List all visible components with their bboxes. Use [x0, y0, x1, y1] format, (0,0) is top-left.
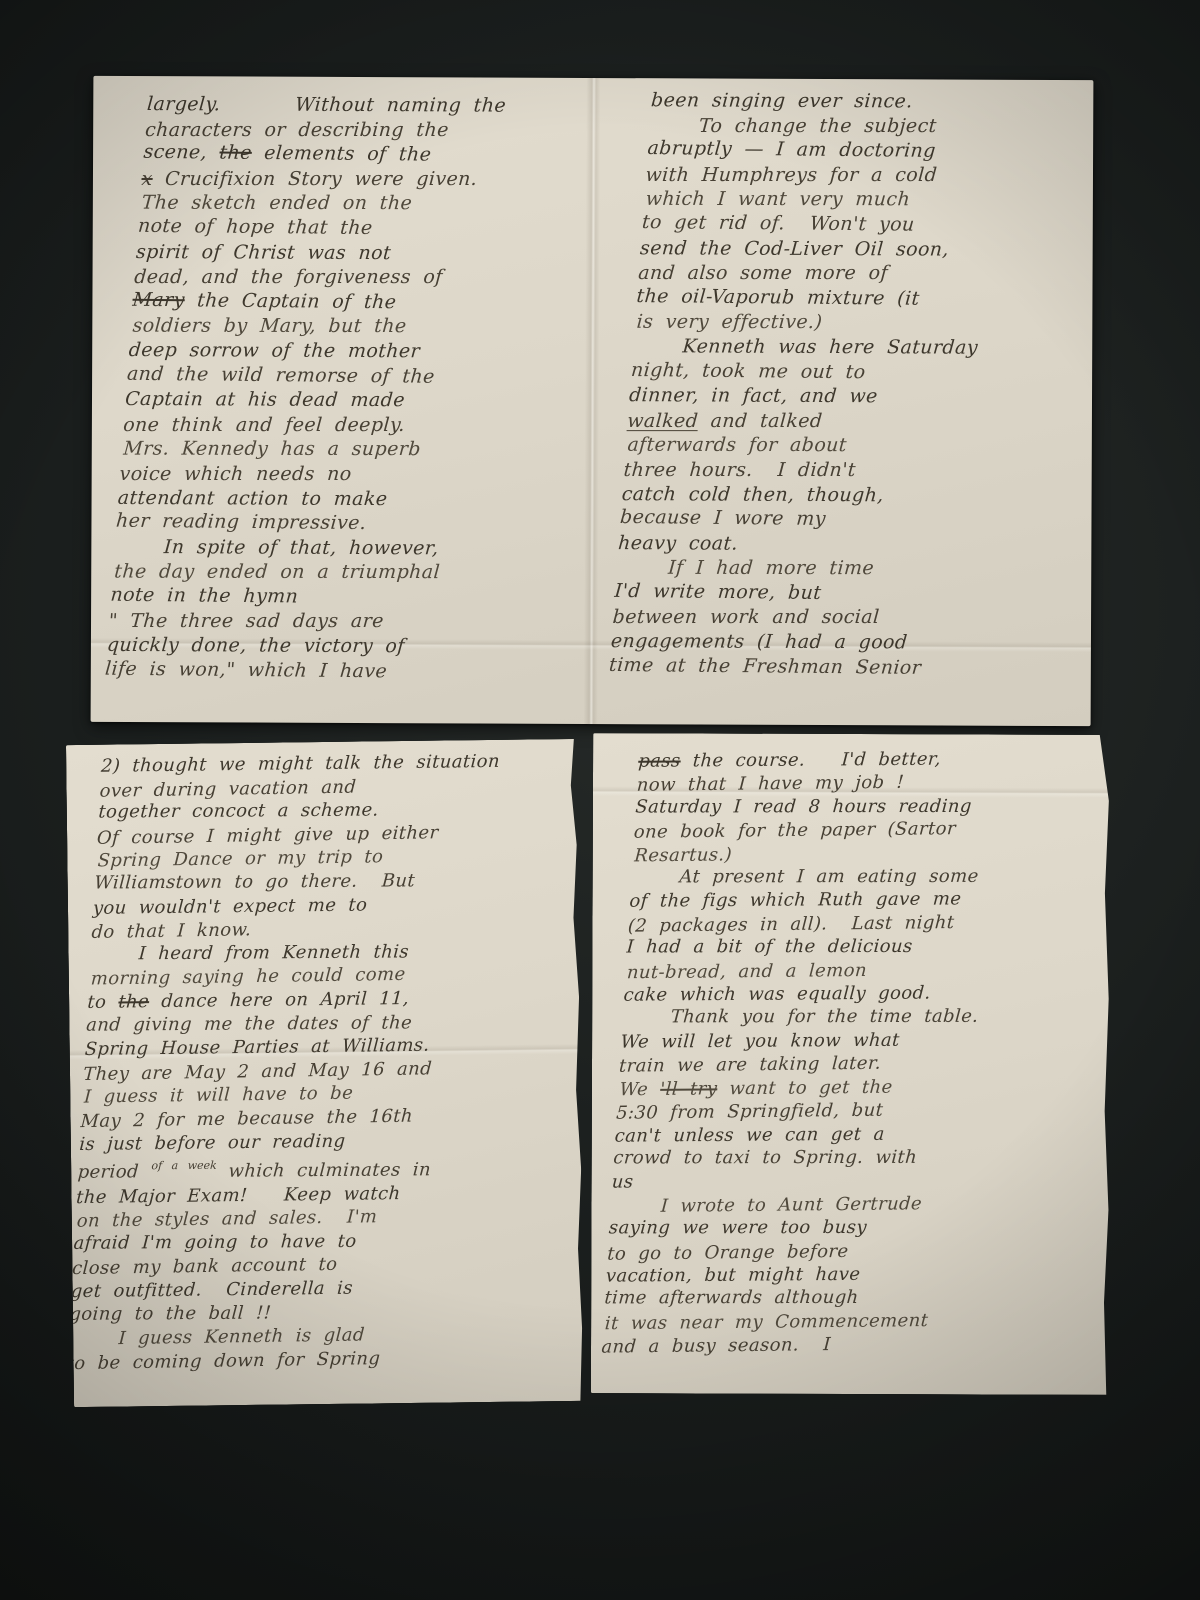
handwriting-line: time at the Freshman Senior	[608, 653, 1062, 682]
handwriting-line: because I wore my	[619, 505, 1073, 534]
letter-sheet-unfolded-top: largely. Without naming thecharacters or…	[91, 76, 1094, 726]
photo-background: largely. Without naming thecharacters or…	[0, 0, 1200, 1600]
handwriting-line: " The three sad days are	[108, 609, 582, 634]
handwriting-line: I wrote to Aunt Gertrude	[612, 1190, 1088, 1218]
handwriting-line: Mary the Captain of the	[132, 288, 606, 317]
handwriting-line: now that I have my job !	[636, 769, 1111, 798]
handwriting-line: scene, the elements of the	[143, 140, 617, 169]
handwriting-line: one think and feel deeply.	[122, 413, 596, 438]
handwriting-line: deep sorrow of the mother	[128, 338, 602, 365]
handwriting-line: Thank you for the time table.	[621, 1005, 1097, 1029]
handwriting-line: catch cold then, though,	[621, 482, 1075, 509]
handwriting-line: characters or describing the	[144, 118, 618, 143]
handwriting-line: saying we were too busy	[608, 1216, 1084, 1240]
handwriting-line: largely. Without naming the	[146, 92, 620, 119]
handwriting-line: To change the subject	[648, 114, 1093, 139]
handwriting-line: dinner, in fact, and we	[628, 383, 1082, 410]
handwriting-line: note of hope that the	[137, 214, 611, 243]
handwriting-line: engagements (I had a good	[610, 629, 1064, 656]
handwriting-line: soldiers by Mary, but the	[132, 314, 606, 339]
handwriting-line: and a busy season. I	[601, 1330, 1077, 1359]
handwriting-line: Resartus.)	[634, 839, 1110, 867]
handwritten-page-top-left: largely. Without naming thecharacters or…	[104, 92, 620, 684]
handwriting-line: Captain at his dead made	[124, 387, 598, 414]
handwriting-line: her reading impressive.	[115, 509, 589, 538]
handwriting-line: note in the hymn	[110, 583, 584, 612]
handwriting-line: life is won," which I have	[104, 656, 578, 685]
handwriting-line: Kenneth was here Saturday	[632, 334, 1086, 361]
handwriting-line: send the Cod-Liver Oil soon,	[639, 236, 1093, 263]
handwriting-line: The sketch ended on the	[141, 191, 615, 216]
handwriting-line: vacation, but might have	[605, 1261, 1081, 1288]
handwriting-line: Saturday I read 8 hours reading	[635, 794, 1111, 818]
handwriting-line: to get rid of. Won't you	[641, 210, 1093, 239]
handwriting-line: voice which needs no	[119, 462, 593, 487]
handwriting-line: afterwards for about	[627, 433, 1081, 458]
handwriting-line: is very effective.)	[636, 310, 1090, 335]
handwritten-page-bottom-right: pass the course. I'd better,now that I h…	[601, 746, 1111, 1358]
handwriting-line: the day ended on a triumphal	[113, 560, 587, 585]
handwriting-line: heavy coat.	[617, 531, 1071, 558]
handwriting-line: which I want very much	[645, 187, 1094, 212]
handwriting-line: crowd to taxi to Spring. with	[613, 1145, 1089, 1169]
handwriting-line: In spite of that, however,	[113, 535, 587, 562]
handwriting-line: quickly done, the victory of	[106, 633, 580, 660]
handwriting-line: I'd write more, but	[614, 579, 1068, 608]
handwriting-line: attendant action to make	[117, 485, 591, 512]
handwriting-line: x Crucifixion Story were given.	[141, 167, 615, 192]
handwriting-line: period of a week which culminates in	[77, 1151, 565, 1184]
handwriting-line: I had a bit of the delicious	[626, 935, 1102, 959]
handwriting-line: (2 packages in all). Last night	[627, 909, 1103, 938]
handwriting-line: the oil-Vaporub mixture (it	[636, 284, 1090, 313]
handwriting-line: night, took me out to	[630, 358, 1084, 387]
letter-page-bottom-left: 2) thought we might talk the situationov…	[66, 739, 586, 1407]
handwriting-line: and also some more of	[637, 261, 1091, 286]
handwriting-line: time afterwards although	[604, 1286, 1080, 1310]
handwritten-page-top-right: been singing ever since. To change the s…	[608, 88, 1093, 680]
handwriting-line: us	[611, 1168, 1087, 1195]
handwriting-line: been singing ever since.	[650, 88, 1093, 115]
letter-page-bottom-right: pass the course. I'd better,now that I h…	[591, 733, 1111, 1395]
handwriting-line: Mrs. Kennedy has a superb	[123, 437, 597, 462]
handwriting-line: cake which was equally good.	[623, 980, 1099, 1007]
handwriting-line: dead, and the forgiveness of	[133, 265, 607, 290]
handwriting-line: If I had more time	[617, 556, 1071, 581]
handwriting-line: and the wild remorse of the	[126, 361, 600, 390]
handwriting-line: walked and talked	[626, 409, 1080, 434]
handwritten-page-bottom-left: 2) thought we might talk the situationov…	[66, 749, 586, 1375]
handwriting-line: spirit of Christ was not	[135, 240, 609, 267]
handwriting-line: can't unless we can get a	[614, 1121, 1090, 1148]
handwriting-line: abruptly — I am doctoring	[647, 136, 1094, 165]
handwriting-line: three hours. I didn't	[623, 458, 1077, 483]
handwriting-line: between work and social	[612, 606, 1066, 631]
handwriting-line: At present I am eating some	[630, 865, 1106, 889]
handwriting-line: with Humphreys for a cold	[645, 163, 1094, 188]
